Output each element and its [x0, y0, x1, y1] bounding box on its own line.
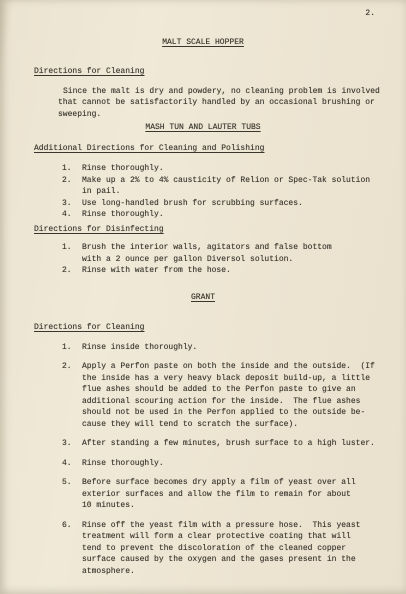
list-item-text: Use long-handled brush for scrubbing sur… [82, 198, 398, 210]
subsection-heading-cleaning-1: Directions for Cleaning [34, 66, 406, 78]
subsection-heading-disinfecting: Directions for Disinfecting [34, 224, 406, 236]
list-item: 4. Rinse thoroughly. [62, 209, 406, 221]
list-item-number: 1. [62, 242, 82, 265]
section-title-text: GRANT [191, 293, 215, 302]
section-title-text: MASH TUN AND LAUTER TUBS [145, 123, 260, 132]
list-item-number: 4. [62, 209, 82, 221]
list-disinfecting: 1. Brush the interior walls, agitators a… [0, 242, 406, 277]
list-item-number: 1. [62, 163, 82, 175]
list-item-number: 1. [62, 342, 82, 354]
subsection-heading-text: Directions for Disinfecting [34, 225, 164, 234]
section-title-mash-tun: MASH TUN AND LAUTER TUBS [0, 122, 406, 134]
list-item-text: Rinse thoroughly. [82, 458, 398, 470]
list-item-text: Make up a 2% to 4% causticity of Relion … [82, 175, 398, 198]
list-item-text: Rinse inside thoroughly. [82, 342, 398, 354]
list-item: 2. Apply a Perfon paste on both the insi… [62, 361, 406, 430]
list-item-text: Rinse thoroughly. [82, 209, 398, 221]
list-item-text: Apply a Perfon paste on both the inside … [82, 361, 398, 430]
list-item-text: After standing a few minutes, brush surf… [82, 438, 398, 450]
section-title-text: MALT SCALE HOPPER [162, 38, 244, 47]
list-item: 1. Rinse thoroughly. [62, 163, 406, 175]
page-number: 2. [0, 0, 406, 20]
list-item: 1. Rinse inside thoroughly. [62, 342, 406, 354]
list-item-text: Rinse thoroughly. [82, 163, 398, 175]
list-item-text: Before surface becomes dry apply a film … [82, 477, 398, 512]
subsection-heading-text: Directions for Cleaning [34, 67, 144, 76]
subsection-heading-text: Additional Directions for Cleaning and P… [34, 144, 264, 153]
list-item-number: 3. [62, 198, 82, 210]
list-item-number: 4. [62, 458, 82, 470]
list-item: 6. Rinse off the yeast film with a press… [62, 520, 406, 578]
list-item-text: Rinse with water from the hose. [82, 265, 398, 277]
list-item-text: Brush the interior walls, agitators and … [82, 242, 398, 265]
list-item-number: 6. [62, 520, 82, 578]
list-item-number: 2. [62, 361, 82, 430]
list-cleaning-polishing: 1. Rinse thoroughly. 2. Make up a 2% to … [0, 163, 406, 221]
list-item: 5. Before surface becomes dry apply a fi… [62, 477, 406, 512]
list-item: 2. Make up a 2% to 4% causticity of Reli… [62, 175, 406, 198]
list-item-number: 2. [62, 175, 82, 198]
list-grant-cleaning: 1. Rinse inside thoroughly. 2. Apply a P… [0, 342, 406, 578]
section-title-grant: GRANT [0, 292, 406, 304]
list-item-number: 2. [62, 265, 82, 277]
list-item: 4. Rinse thoroughly. [62, 458, 406, 470]
list-item: 1. Brush the interior walls, agitators a… [62, 242, 406, 265]
list-item: 2. Rinse with water from the hose. [62, 265, 406, 277]
subsection-heading-cleaning-2: Directions for Cleaning [34, 322, 406, 334]
subsection-heading-text: Directions for Cleaning [34, 323, 144, 332]
section-title-malt-scale-hopper: MALT SCALE HOPPER [0, 37, 406, 49]
list-item-number: 5. [62, 477, 82, 512]
list-item: 3. After standing a few minutes, brush s… [62, 438, 406, 450]
document-page: 2. MALT SCALE HOPPER Directions for Clea… [0, 0, 406, 594]
list-item-text: Rinse off the yeast film with a pressure… [82, 520, 398, 578]
subsection-heading-cleaning-polishing: Additional Directions for Cleaning and P… [34, 143, 406, 155]
paragraph-malt-cleaning: Since the malt is dry and powdery, no cl… [58, 86, 394, 121]
list-item: 3. Use long-handled brush for scrubbing … [62, 198, 406, 210]
list-item-number: 3. [62, 438, 82, 450]
